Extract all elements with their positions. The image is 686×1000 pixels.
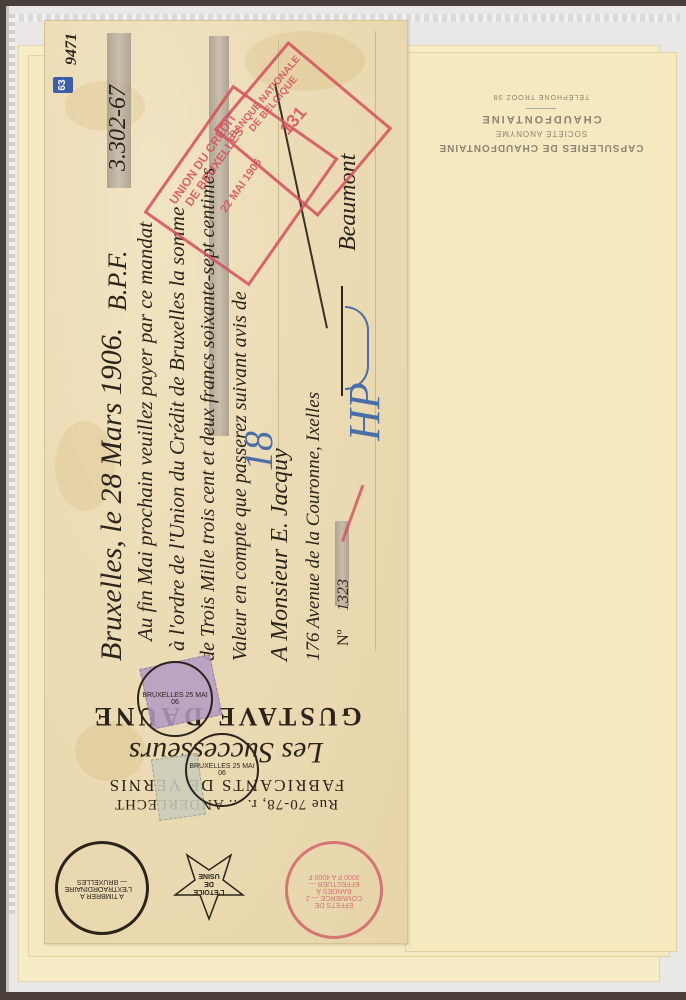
envelope-company-type: SOCIÉTÉ ANONYME [406,129,676,138]
postmark-2: BRUXELLES 25 MAI 06 [185,733,259,807]
bill-line-2: à l'ordre de l'Union du Crédit de Bruxel… [165,207,190,651]
bill-of-exchange: 9471 63 3.302-67 B.P.F. Bruxelles, le 28… [44,20,408,944]
blue-mark-hp: HP [339,382,390,441]
envelope-city: CHAUDFONTAINE [406,113,676,125]
place-date: Bruxelles, le 28 Mars 1906. [95,328,129,661]
bp-mark: B.P.F. [103,251,133,311]
red-pencil-mark [341,485,364,542]
corner-note: 9471 [63,33,81,65]
addressee: A Monsieur E. Jacquy [267,448,294,661]
bill-number: 1323 [335,579,353,611]
right-commerce-seal: EFFETS DE COMMERCE — 2 BANDES À EFFECTUE… [285,841,383,939]
star-emblem: L'ETOILE DE USINE [173,849,245,921]
blue-loop [345,306,369,390]
envelope-phone: TÉLÉPHONE TROOZ 38 [406,93,676,100]
corner-tag: 63 [53,77,73,93]
vertical-rule [341,286,343,396]
envelope: CAPSULERIES DE CHAUDFONTAINE SOCIÉTÉ ANO… [405,52,677,952]
bill-line-4: Valeur en compte que passerez suivant av… [229,291,252,661]
heading-line-1: GUSTAVE DAUNE [81,701,371,731]
address: 176 Avenue de la Couronne, Ixelles [303,392,325,661]
blue-mark-18: 18 [235,431,282,471]
left-revenue-seal: A TIMBRER A L'EXTRAORDINAIRE — BRUXELLES [55,841,149,935]
sleeve-perforation-left [9,14,15,914]
number-label: Nº [335,629,353,646]
postmark-1: BRUXELLES 25 MAI 06 [137,661,213,737]
divider [526,108,556,109]
envelope-letterhead: CAPSULERIES DE CHAUDFONTAINE SOCIÉTÉ ANO… [406,93,676,153]
envelope-company-name: CAPSULERIES DE CHAUDFONTAINE [406,142,676,153]
bill-line-1: Au fin Mai prochain veuillez payer par c… [133,222,158,641]
amount: 3.302-67 [105,85,132,171]
